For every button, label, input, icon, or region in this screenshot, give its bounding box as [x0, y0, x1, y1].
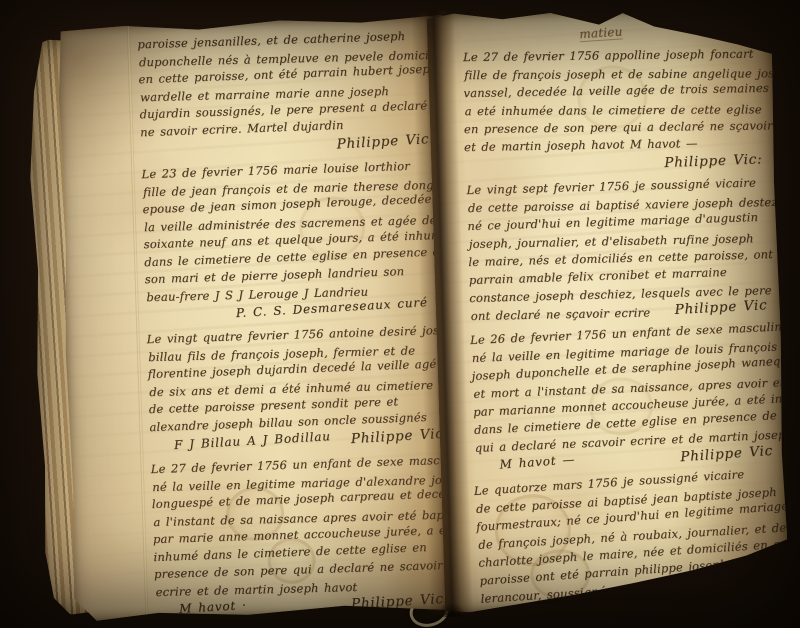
burial-entry: Le 23 de fevrier 1756 marie louise lorth…: [141, 157, 446, 326]
burial-entry: Le 26 de fevrier 1756 un enfant de sexe …: [470, 318, 780, 477]
entry-lines: Le quatorze mars 1756 je soussigné vicai…: [473, 463, 784, 608]
page-header-word: matieu: [579, 24, 623, 42]
entry-lines: Le 27 de fevrier 1756 appolline joseph f…: [463, 44, 768, 156]
burial-entry: Le vingt quatre fevrier 1756 antoine des…: [146, 322, 450, 456]
signature-row: Philippe Vic:: [464, 152, 768, 176]
burial-entry: paroisse jensanilles, et de catherine jo…: [137, 27, 441, 161]
baptism-entry: Le quatorze mars 1756 je soussigné vicai…: [473, 463, 784, 608]
entry-lines: Le 27 de fevrier 1756 un enfant de sexe …: [150, 452, 454, 601]
entry-lines: Le 23 de fevrier 1756 marie louise lorth…: [141, 157, 445, 306]
right-page: matieu Le 27 de fevrier 1756 appolline j…: [427, 2, 790, 613]
handwritten-line: a eté inhumée dans le cimetiere de cette…: [465, 100, 769, 120]
open-book: paroisse jensanilles, et de catherine jo…: [25, 0, 792, 627]
handwritten-line: vanssel, decedée la veille agée de trois…: [463, 79, 767, 102]
entry-lines: Le vingt quatre fevrier 1756 antoine des…: [146, 322, 449, 436]
vicar-signature: Philippe Vic:: [664, 151, 769, 171]
photo-frame: paroisse jensanilles, et de catherine jo…: [0, 0, 800, 628]
left-page: paroisse jensanilles, et de catherine jo…: [55, 15, 462, 623]
entry-lines: paroisse jensanilles, et de catherine jo…: [137, 27, 440, 141]
entry-lines: Le 26 de fevrier 1756 un enfant de sexe …: [470, 318, 779, 457]
right-page-text: matieu Le 27 de fevrier 1756 appolline j…: [461, 17, 783, 613]
baptism-entry: Le vingt sept fevrier 1756 je soussigné …: [466, 173, 774, 326]
burial-entry: Le 27 de fevrier 1756 un enfant de sexe …: [150, 452, 455, 621]
handwritten-line: Le 27 de fevrier 1756 appolline joseph f…: [463, 44, 767, 66]
burial-entry: Le 27 de fevrier 1756 appolline joseph f…: [463, 44, 769, 176]
left-page-text: paroisse jensanilles, et de catherine jo…: [137, 27, 455, 626]
